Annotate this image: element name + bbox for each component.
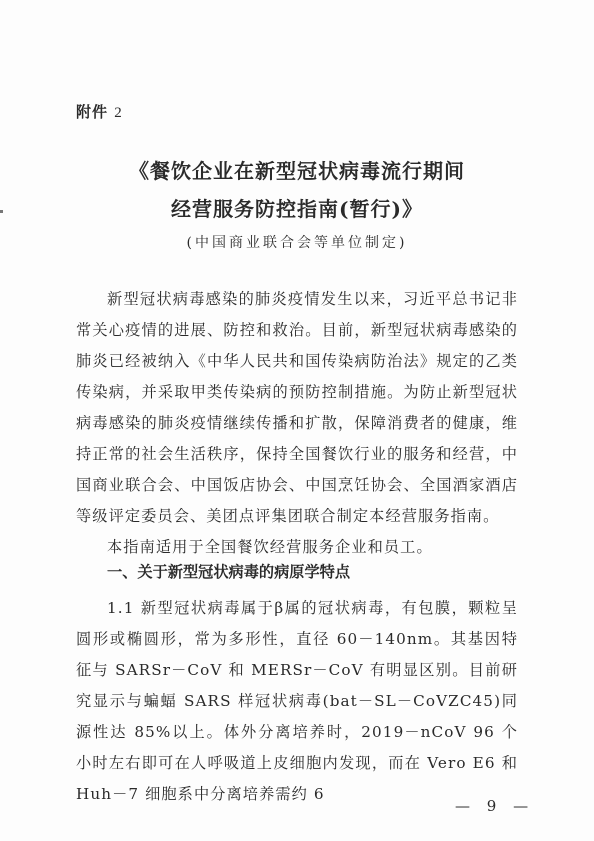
document-subtitle: (中国商业联合会等单位制定) (0, 232, 594, 252)
attachment-label: 附件 2 (76, 101, 123, 122)
paragraph-1-1: 1.1 新型冠状病毒属于β属的冠状病毒，有包膜，颗粒呈圆形或椭圆形，常为多形性，… (76, 593, 518, 810)
document-title-line-2: 经营服务防控指南(暂行)》 (0, 193, 594, 222)
page-number: — 9 — (455, 797, 534, 815)
attachment-number: 2 (114, 105, 123, 121)
paragraph-intro: 新型冠状病毒感染的肺炎疫情发生以来，习近平总书记非常关心疫情的进展、防控和救治。… (76, 284, 518, 532)
paragraph-scope: 本指南适用于全国餐饮经营服务企业和员工。 (76, 532, 518, 563)
document-title-line-1: 《餐饮企业在新型冠状病毒流行期间 (0, 155, 594, 184)
attachment-label-text: 附件 (76, 103, 108, 121)
section-heading-1: 一、关于新型冠状病毒的病原学特点 (107, 561, 350, 582)
document-page: 附件 2 《餐饮企业在新型冠状病毒流行期间 经营服务防控指南(暂行)》 (中国商… (0, 0, 594, 841)
